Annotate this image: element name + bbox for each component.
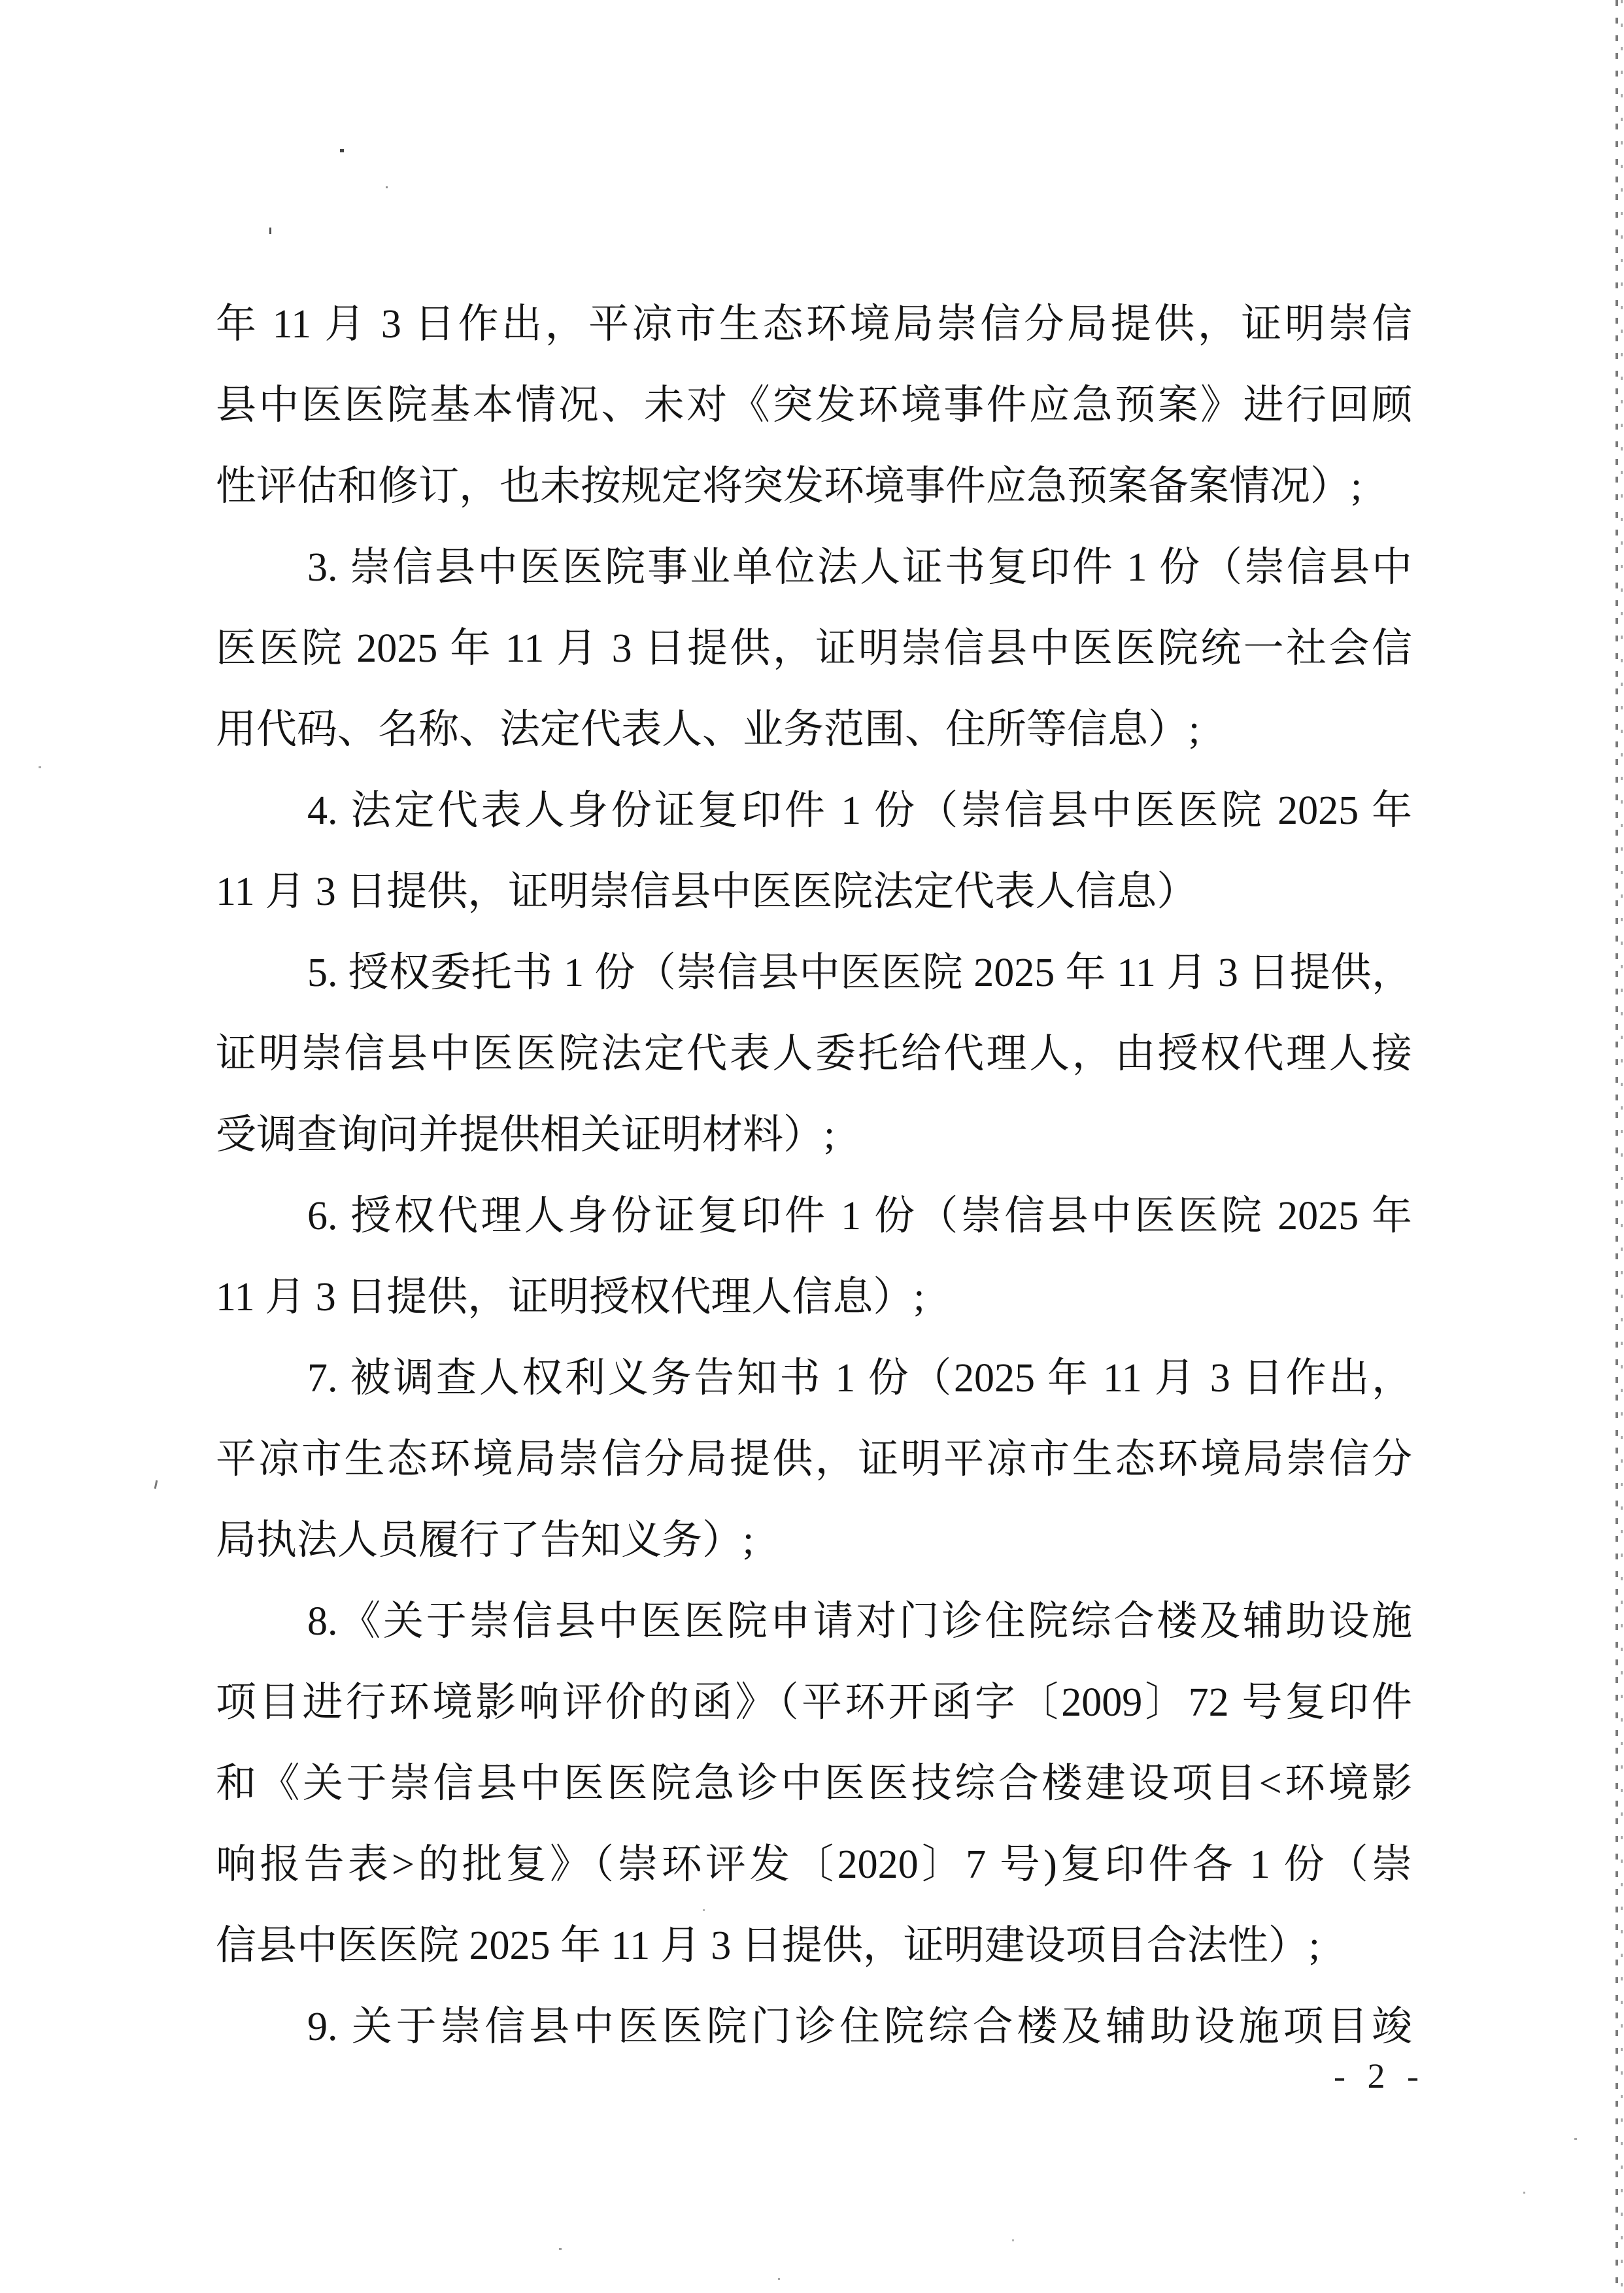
text-line: 6. 授权代理人身份证复印件 1 份（崇信县中医医院 2025 年 bbox=[216, 1176, 1412, 1257]
scan-speck bbox=[340, 149, 344, 152]
text-line: 县中医医院基本情况、未对《突发环境事件应急预案》进行回顾 bbox=[216, 365, 1412, 446]
text-line: 8.《关于崇信县中医医院申请对门诊住院综合楼及辅助设施 bbox=[216, 1581, 1412, 1662]
text-line: 项目进行环境影响评价的函》（平环开函字〔2009〕72 号复印件 bbox=[216, 1662, 1412, 1743]
text-line: 11 月 3 日提供，证明崇信县中医医院法定代表人信息） bbox=[216, 851, 1412, 932]
scan-speck bbox=[1012, 2239, 1014, 2241]
text-line: 4. 法定代表人身份证复印件 1 份（崇信县中医医院 2025 年 bbox=[216, 770, 1412, 851]
text-line: 证明崇信县中医医院法定代表人委托给代理人，由授权代理人接 bbox=[216, 1013, 1412, 1095]
text-line: 5. 授权委托书 1 份（崇信县中医医院 2025 年 11 月 3 日提供， bbox=[216, 932, 1412, 1013]
text-line: 受调查询问并提供相关证明材料）; bbox=[216, 1095, 1412, 1176]
document-page: 年 11 月 3 日作出，平凉市生态环境局崇信分局提供，证明崇信 县中医医院基本… bbox=[0, 0, 1624, 2293]
scan-edge-artifact bbox=[1621, 0, 1623, 2293]
text-line: 医医院 2025 年 11 月 3 日提供，证明崇信县中医医院统一社会信 bbox=[216, 608, 1412, 689]
scan-speck bbox=[350, 322, 352, 324]
text-line: 和《关于崇信县中医医院急诊中医医技综合楼建设项目<环境影 bbox=[216, 1743, 1412, 1824]
text-line: 年 11 月 3 日作出，平凉市生态环境局崇信分局提供，证明崇信 bbox=[216, 284, 1412, 365]
scan-edge-artifact bbox=[1616, 0, 1618, 2293]
text-line: 9. 关于崇信县中医医院门诊住院综合楼及辅助设施项目竣 bbox=[216, 1986, 1412, 2067]
document-body: 年 11 月 3 日作出，平凉市生态环境局崇信分局提供，证明崇信 县中医医院基本… bbox=[216, 284, 1412, 2067]
text-line: 平凉市生态环境局崇信分局提供，证明平凉市生态环境局崇信分 bbox=[216, 1419, 1412, 1500]
page-number: - 2 - bbox=[1281, 2053, 1425, 2099]
text-line: 信县中医医院 2025 年 11 月 3 日提供，证明建设项目合法性）; bbox=[216, 1905, 1412, 1986]
scan-speck bbox=[386, 186, 388, 188]
text-line: 性评估和修订，也未按规定将突发环境事件应急预案备案情况）; bbox=[216, 446, 1412, 527]
text-line: 响报告表>的批复》（崇环评发〔2020〕7 号)复印件各 1 份（崇 bbox=[216, 1824, 1412, 1905]
text-line: 局执法人员履行了告知义务）; bbox=[216, 1500, 1412, 1581]
text-line: 7. 被调查人权利义务告知书 1 份（2025 年 11 月 3 日作出， bbox=[216, 1338, 1412, 1419]
scan-speck bbox=[154, 1480, 158, 1489]
scan-speck bbox=[1226, 1229, 1228, 1231]
scan-speck bbox=[778, 2278, 780, 2280]
scan-speck bbox=[559, 2248, 562, 2250]
scan-speck bbox=[703, 1909, 705, 1911]
text-line: 用代码、名称、法定代表人、业务范围、住所等信息）; bbox=[216, 689, 1412, 770]
text-line: 3. 崇信县中医医院事业单位法人证书复印件 1 份（崇信县中 bbox=[216, 527, 1412, 608]
scan-speck bbox=[269, 228, 271, 234]
scan-speck bbox=[1523, 2192, 1525, 2194]
scan-speck bbox=[1574, 2138, 1577, 2140]
scan-speck bbox=[39, 766, 41, 768]
text-line: 11 月 3 日提供，证明授权代理人信息）; bbox=[216, 1257, 1412, 1338]
